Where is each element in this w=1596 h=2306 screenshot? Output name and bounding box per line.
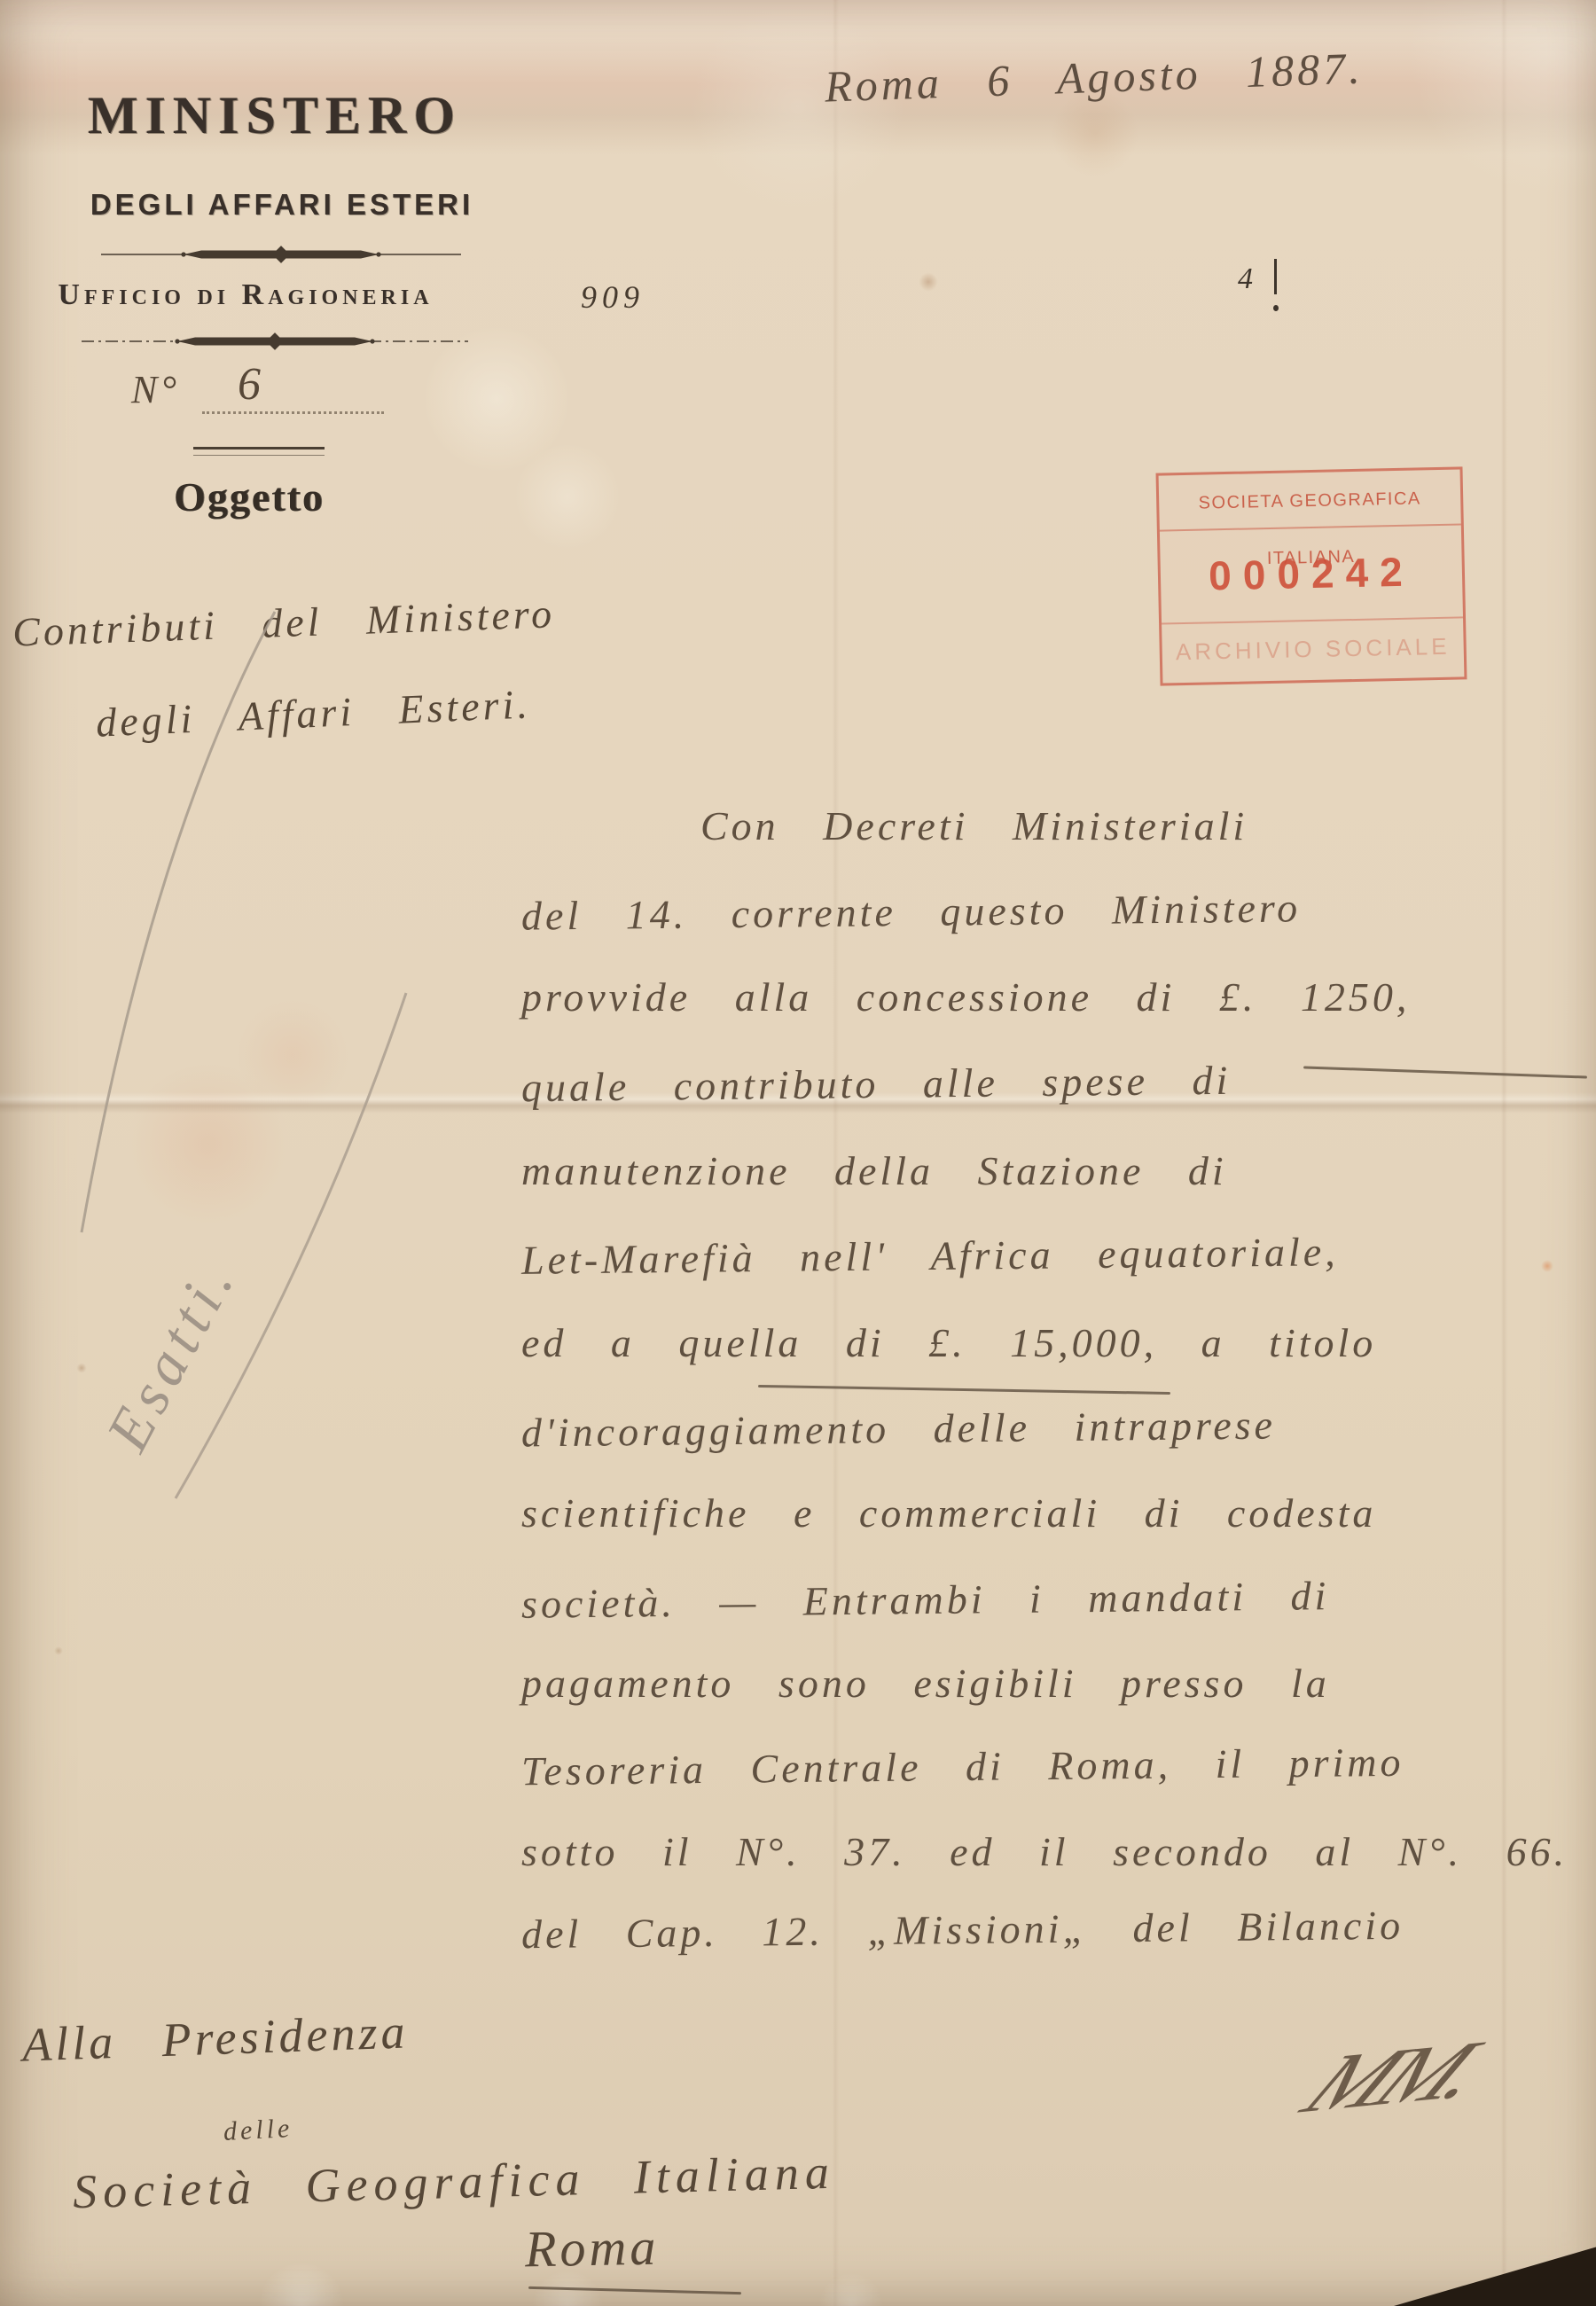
body-line-13: sotto il N°. 37. ed il secondo al N°. 66… — [521, 1828, 1568, 1875]
body-line-11: pagamento sono esigibili presso la — [521, 1660, 1330, 1707]
short-double-rule — [193, 447, 325, 456]
registry-number: 909 — [581, 278, 645, 316]
archive-stamp: SOCIETA GEOGRAFICA ITALIANA 000242 ARCHI… — [1156, 466, 1467, 685]
dateline: Roma 6 Agosto 1887. — [824, 42, 1364, 112]
signature-paraph: MM. — [1284, 2020, 1508, 2133]
recipient-line-3: Società Geografica Italiana — [72, 2145, 835, 2219]
body-line-3: provvide alla concessione di £. 1250, — [521, 973, 1410, 1020]
ink-mark-dot — [1273, 305, 1279, 311]
body-line-9: scientifiche e commerciali di codesta — [521, 1489, 1376, 1536]
body-line-2: del 14. corrente questo Ministero — [521, 884, 1302, 939]
subject-heading: Oggetto — [174, 473, 325, 520]
pencil-strokes — [0, 576, 461, 1596]
body-line-1: Con Decreti Ministeriali — [700, 802, 1248, 849]
recipient-line-2: delle — [223, 2114, 293, 2147]
body-line-7: ed a quella di £. 15,000, a titolo — [521, 1319, 1376, 1366]
letterhead-department: DEGLI AFFARI ESTERI — [43, 188, 521, 222]
body-line-10: società. — Entrambi i mandati di — [521, 1572, 1330, 1628]
stamp-label: ARCHIVIO SOCIALE — [1162, 618, 1464, 677]
amount-underline-1250 — [1303, 1066, 1587, 1078]
recipient-line-4: Roma — [524, 2217, 659, 2279]
ornament-rule-top — [99, 245, 463, 264]
scan-background-corner — [1259, 2222, 1596, 2306]
amount-underline-15000 — [758, 1385, 1170, 1395]
body-line-5: manutenzione della Stazione di — [521, 1147, 1227, 1194]
protocol-number-label: N° — [131, 367, 180, 412]
ink-mark-stroke — [1274, 259, 1277, 294]
stamp-number: 000242 — [1160, 525, 1463, 624]
ornament-rule-bottom — [80, 332, 470, 351]
letterhead-office: Ufficio di Ragioneria — [55, 278, 436, 312]
protocol-number-dotted-line — [202, 387, 384, 414]
body-line-8: d'incoraggiamento delle intraprese — [521, 1402, 1276, 1457]
ink-mark: 4 — [1238, 262, 1253, 296]
body-line-12: Tesoreria Centrale di Roma, il primo — [521, 1739, 1404, 1794]
body-line-6: Let-Marefià nell' Africa equatoriale, — [521, 1228, 1339, 1284]
recipient-line-1: Alla Presidenza — [21, 2004, 409, 2072]
body-line-14: del Cap. 12. „Missioni„ del Bilancio — [521, 1902, 1404, 1958]
letter-document: MINISTERO DEGLI AFFARI ESTERI Ufficio di… — [0, 0, 1596, 2306]
body-line-4: quale contributo alle spese di — [521, 1057, 1232, 1111]
stamp-organization: SOCIETA GEOGRAFICA ITALIANA — [1159, 469, 1461, 531]
letterhead-ministry: MINISTERO — [62, 85, 488, 146]
roma-underline — [528, 2286, 741, 2294]
